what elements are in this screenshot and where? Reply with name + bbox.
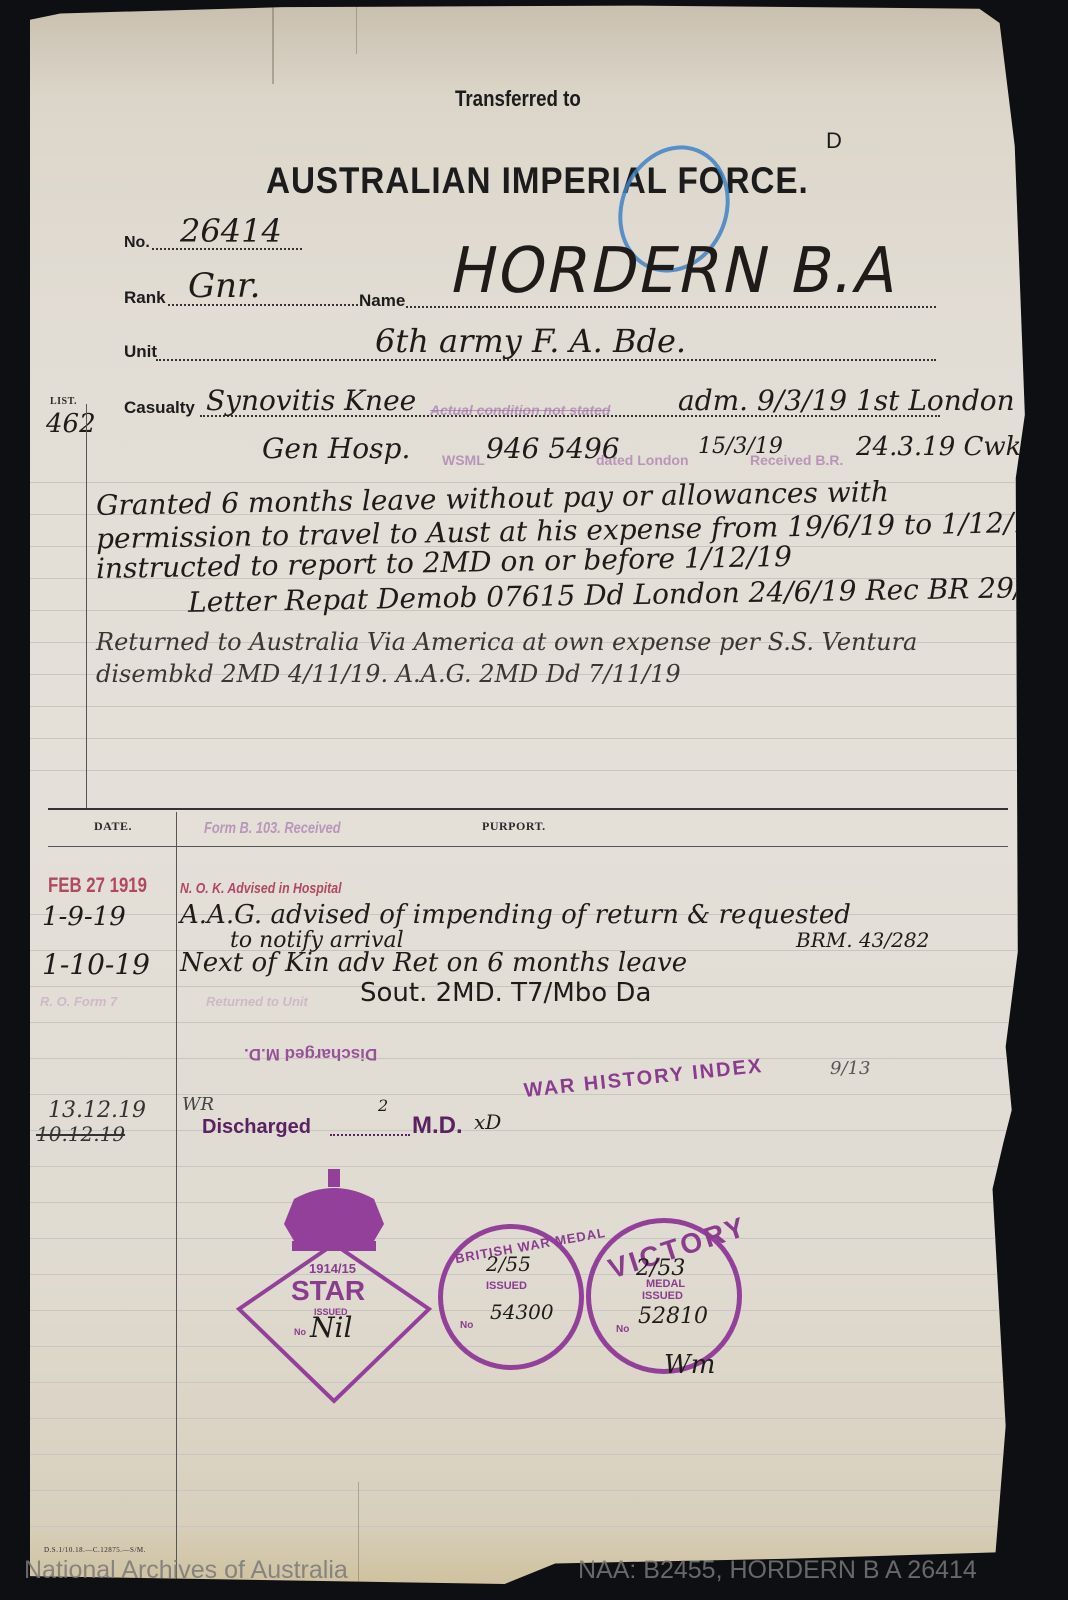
row-purport: Next of Kin adv Ret on 6 months leave [180,948,687,978]
row-purport: A.A.G. advised of impending of return & … [180,900,851,930]
fold-crease [358,1482,359,1582]
war-history-index-stamp: WAR HISTORY INDEX [523,1055,764,1103]
form-b103-stamp: Form B. 103. Received [204,820,341,838]
war-history-initials: 9/13 [830,1058,870,1079]
reference-watermark: NAA: B2455, HORDERN B A 26414 [578,1556,977,1585]
list-label: LIST. [50,396,77,407]
returned-line: disembkd 2MD 4/11/19. A.A.G. 2MD Dd 7/11… [96,660,681,688]
mirrored-discharged-stamp: Discharged M.D. [244,1044,377,1064]
service-record-page: Transferred to D AUSTRALIAN IMPERIAL FOR… [30,4,1040,1584]
faint-returned-stamp: Returned to Unit [206,994,308,1009]
victory-medal-label: MEDAL [646,1278,685,1290]
star-name: STAR [291,1275,365,1307]
star-no-value: Nil [310,1311,352,1344]
casualty-label: Casualty [124,398,195,418]
rank-label: Rank [124,288,166,308]
left-margin-rule [86,404,87,809]
victory-issued: ISSUED [642,1290,683,1302]
casualty-diagnosis: Synovitis Knee [206,384,416,417]
discharge-date: 13.12.19 [48,1098,146,1123]
casualty-hospital: Gen Hosp. [262,432,410,465]
bwm-ref: 2/55 [486,1252,531,1276]
star-years: 1914/15 [309,1261,356,1276]
fold-crease [356,4,357,54]
date-column-divider [176,812,177,1582]
fold-crease [272,4,274,84]
corner-letter: D [826,128,842,154]
row-date: 1-10-19 [42,948,150,981]
received-date: 24.3.19 Cwks [856,432,1035,462]
unit-value: 6th army F. A. Bde. [375,322,686,360]
nok-hospital-stamp: N. O. K. Advised in Hospital [180,880,342,897]
discharged-md-number: 2 [378,1096,388,1115]
table-header-rule [48,846,1008,847]
bwm-no-value: 54300 [490,1300,554,1324]
no-label: No. [124,234,150,252]
soldier-name: HORDERN B.A [444,234,907,308]
bwm-issued: ISSUED [486,1280,527,1292]
table-top-rule [48,808,1008,810]
service-number: 26414 [180,212,282,250]
wsml-stamp: WSML [442,452,485,468]
discharge-initials: WR [182,1094,214,1115]
purport-column-header: PURPORT. [482,819,546,834]
bwm-no-label: No [460,1320,473,1331]
received-br-stamp: Received B.R. [750,452,843,468]
archive-watermark: National Archives of Australia [24,1556,348,1585]
victory-no-value: 52810 [638,1304,708,1329]
rank-value: Gnr. [188,266,260,306]
struck-stamp-condition: Actual condition not stated [430,402,610,418]
unit-label: Unit [124,342,157,362]
faint-ro-form-stamp: R. O. Form 7 [40,994,117,1009]
casualty-admission: adm. 9/3/19 1st London [678,384,1015,417]
victory-no-label: No [616,1324,629,1335]
discharged-md: M.D. [412,1112,463,1140]
dated-london-stamp: dated London [596,452,689,468]
name-label: Name [359,291,405,311]
discharged-label: Discharged [202,1116,311,1139]
date-column-header: DATE. [94,819,132,834]
row-purport: Sout. 2MD. T7/Mbo Da [360,978,651,1008]
form-print-code: D.S.1/10.18.—C.12875.—S/M. [44,1546,146,1554]
returned-line: Returned to Australia Via America at own… [96,628,917,656]
star-medal-stamp: 1914/15 STAR ISSUED No Nil [234,1169,434,1409]
row-date-stamp: FEB 27 1919 [48,874,147,898]
star-no-label: No [294,1327,306,1337]
list-number: 462 [46,409,96,439]
transferred-to-label: Transferred to [455,86,581,112]
discharged-dotline [330,1134,410,1136]
discharge-date-struck: 10.12.19 [36,1122,125,1146]
discharged-initials: xD [474,1110,501,1134]
british-war-medal-stamp: BRITISH WAR MEDAL 2/55 ISSUED No 54300 [438,1224,584,1370]
medal-initials: Wm [664,1350,715,1380]
row-date: 1-9-19 [42,902,126,932]
row-side-note: BRM. 43/282 [796,928,929,952]
